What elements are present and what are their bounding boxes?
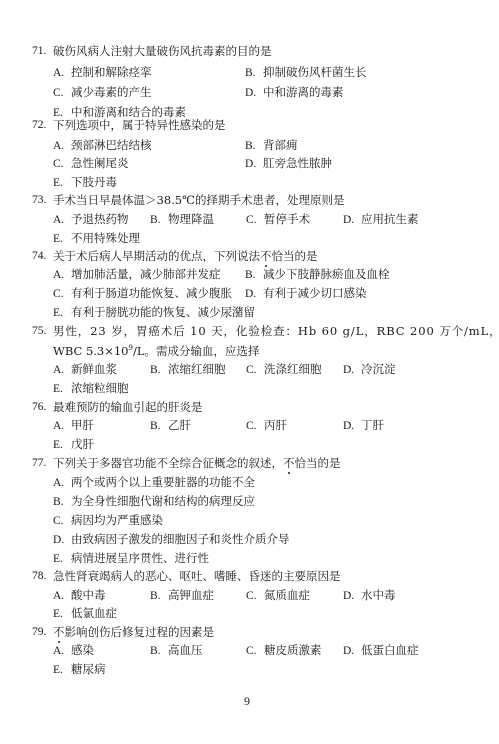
question-number: 72. <box>32 118 46 132</box>
question-stem: 关于术后病人早期活动的优点，下列说法不恰当的是 <box>53 249 318 263</box>
question-stem: 手术当日早晨体温＞38.5℃的择期手术患者，处理原则是 <box>53 193 344 207</box>
option-c: C.病因均为严重感染 <box>53 513 163 528</box>
option-e: E.低氯血症 <box>53 606 117 621</box>
question-stem: 最难预防的输血引起的肝炎是 <box>53 400 203 414</box>
emphasis-mark: 不 <box>53 625 65 639</box>
question-number: 74. <box>32 249 46 263</box>
question-number: 73. <box>32 193 46 207</box>
question-number: 77. <box>32 456 46 470</box>
option-d: D.应用抗生素 <box>343 212 419 227</box>
option-e: E.有利于膀胱功能的恢复、减少尿潴留 <box>53 305 255 320</box>
question-number: 76. <box>32 400 46 414</box>
option-d: D.由致病因子激发的细胞因子和炎性介质介导 <box>53 532 290 547</box>
question-stem: 下列关于多器官功能不全综合征概念的叙述，不恰当的是 <box>53 456 341 470</box>
option-e: E.糖尿病 <box>53 662 106 677</box>
option-c: C.丙肝 <box>246 418 287 433</box>
option-a: A.增加肺活量，减少肺部并发症 <box>53 267 221 282</box>
option-d: D.冷沉淀 <box>343 362 396 377</box>
page-number: 9 <box>244 694 250 709</box>
option-b: B.背部痈 <box>245 138 298 153</box>
question-number: 78. <box>32 569 46 583</box>
question-number: 75. <box>32 324 46 338</box>
option-d: D.低蛋白血症 <box>343 643 419 658</box>
exam-page: 71. 破伤风病人注射大量破伤风抗毒素的目的是 A.控制和解除痉挛 B.抑制破伤… <box>0 0 499 744</box>
option-c: C.减少毒素的产生 <box>53 85 152 100</box>
question-stem: 急性肾衰竭病人的恶心、呕吐、嗜睡、昏迷的主要原因是 <box>53 569 341 583</box>
question-stem-line2: WBC 5.3×109/L。需成分输血，应选择 <box>53 344 259 358</box>
option-d: D.中和游离的毒素 <box>245 85 344 100</box>
option-b: B.物理降温 <box>150 212 214 227</box>
option-b: B.浓缩红细胞 <box>150 362 226 377</box>
emphasis-mark: 不 <box>260 249 272 263</box>
question-stem: 破伤风病人注射大量破伤风抗毒素的目的是 <box>53 44 272 58</box>
option-e: E.戊肝 <box>53 437 94 452</box>
option-a: A.颈部淋巴结结核 <box>53 138 152 153</box>
option-d: D.有利于减少切口感染 <box>245 286 367 301</box>
option-b: B.乙肝 <box>150 418 191 433</box>
option-b: B.高血压 <box>150 643 203 658</box>
emphasis-mark: 不 <box>283 456 295 470</box>
option-b: B.高钾血症 <box>150 588 214 603</box>
option-b: B.抑制破伤风杆菌生长 <box>245 65 367 80</box>
question-stem-line1: 男性，23 岁，胃癌术后 10 天，化验检查：Hb 60 g/L，RBC 200… <box>53 324 499 338</box>
option-e: E.病情进展呈序贯性、进行性 <box>53 551 209 566</box>
option-c: C.暂停手术 <box>246 212 310 227</box>
option-e: E.下肢丹毒 <box>53 175 117 190</box>
question-number: 79. <box>32 625 46 639</box>
option-d: D.肛旁急性脓肿 <box>245 156 332 171</box>
option-a: A.两个或两个以上重要脏器的功能不全 <box>53 475 255 490</box>
option-c: C.糖皮质激素 <box>246 643 322 658</box>
option-b: B.减少下肢静脉瘀血及血栓 <box>245 267 390 282</box>
option-a: A.新鲜血浆 <box>53 362 117 377</box>
option-d: D.水中毒 <box>343 588 396 603</box>
question-number: 71. <box>32 44 46 58</box>
option-a: A.控制和解除痉挛 <box>53 65 152 80</box>
option-a: A.感染 <box>53 643 94 658</box>
option-c: C.急性阑尾炎 <box>53 156 129 171</box>
option-b: B.为全身性细胞代谢和结构的病理反应 <box>53 494 255 509</box>
option-c: C.氮质血症 <box>246 588 310 603</box>
question-stem: 不影响创伤后修复过程的因素是 <box>53 625 214 639</box>
option-a: A.甲肝 <box>53 418 94 433</box>
option-d: D.丁肝 <box>343 418 384 433</box>
option-a: A.予退热药物 <box>53 212 129 227</box>
option-c: C.洗涤红细胞 <box>246 362 322 377</box>
option-a: A.酸中毒 <box>53 588 106 603</box>
option-e: E.不用特殊处理 <box>53 231 140 246</box>
option-e: E.浓缩粒细胞 <box>53 381 129 396</box>
question-stem: 下列选项中，属于特异性感染的是 <box>53 118 226 132</box>
option-c: C.有利于肠道功能恢复、减少腹胀 <box>53 286 232 301</box>
